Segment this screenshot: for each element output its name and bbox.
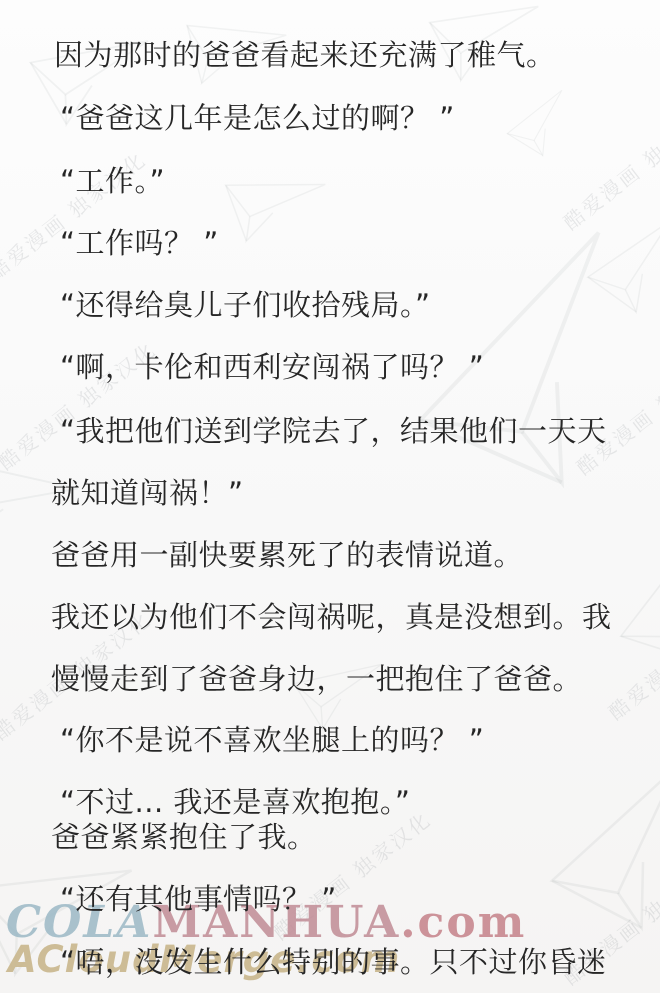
text-line-2: “爸爸这几年是怎么过的啊？ ” xyxy=(60,96,455,137)
text-line-3: “工作。” xyxy=(60,159,165,200)
paper-plane-icon xyxy=(209,150,325,260)
text-line-5: “还得给臭儿子们收拾残局。” xyxy=(60,283,431,324)
text-line-10: 我还以为他们不会闯祸呢，真是没想到。我 xyxy=(51,595,612,636)
text-line-11: 慢慢走到了爸爸身边，一把抱住了爸爸。 xyxy=(51,657,582,698)
text-line-1: 因为那时的爸爸看起来还充满了稚气。 xyxy=(54,33,556,74)
text-line-4: “工作吗？ ” xyxy=(60,221,219,262)
text-line-6: “啊，卡伦和西利安闯祸了吗？ ” xyxy=(60,345,484,386)
text-line-14: 爸爸紧紧抱住了我。 xyxy=(51,815,317,856)
text-line-7: “我把他们送到学院去了，结果他们一天天 xyxy=(60,409,607,450)
manhua-text-page: 酷爱漫画 独家汉化 酷爱漫画 独家汉化 酷爱漫画 独家汉化 酷爱漫画 独家汉化 … xyxy=(0,0,660,993)
text-line-16: “唔，没发生什么特别的事。只不过你昏迷 xyxy=(60,940,607,981)
paper-plane-icon xyxy=(580,221,660,320)
text-line-8: 就知道闯祸！” xyxy=(51,471,244,512)
text-line-12: “你不是说不喜欢坐腿上的吗？ ” xyxy=(60,718,484,759)
text-line-9: 爸爸用一副快要累死了的表情说道。 xyxy=(51,533,523,574)
text-line-15: “还有其他事情吗？ ” xyxy=(60,877,337,918)
paper-plane-icon xyxy=(500,90,578,163)
